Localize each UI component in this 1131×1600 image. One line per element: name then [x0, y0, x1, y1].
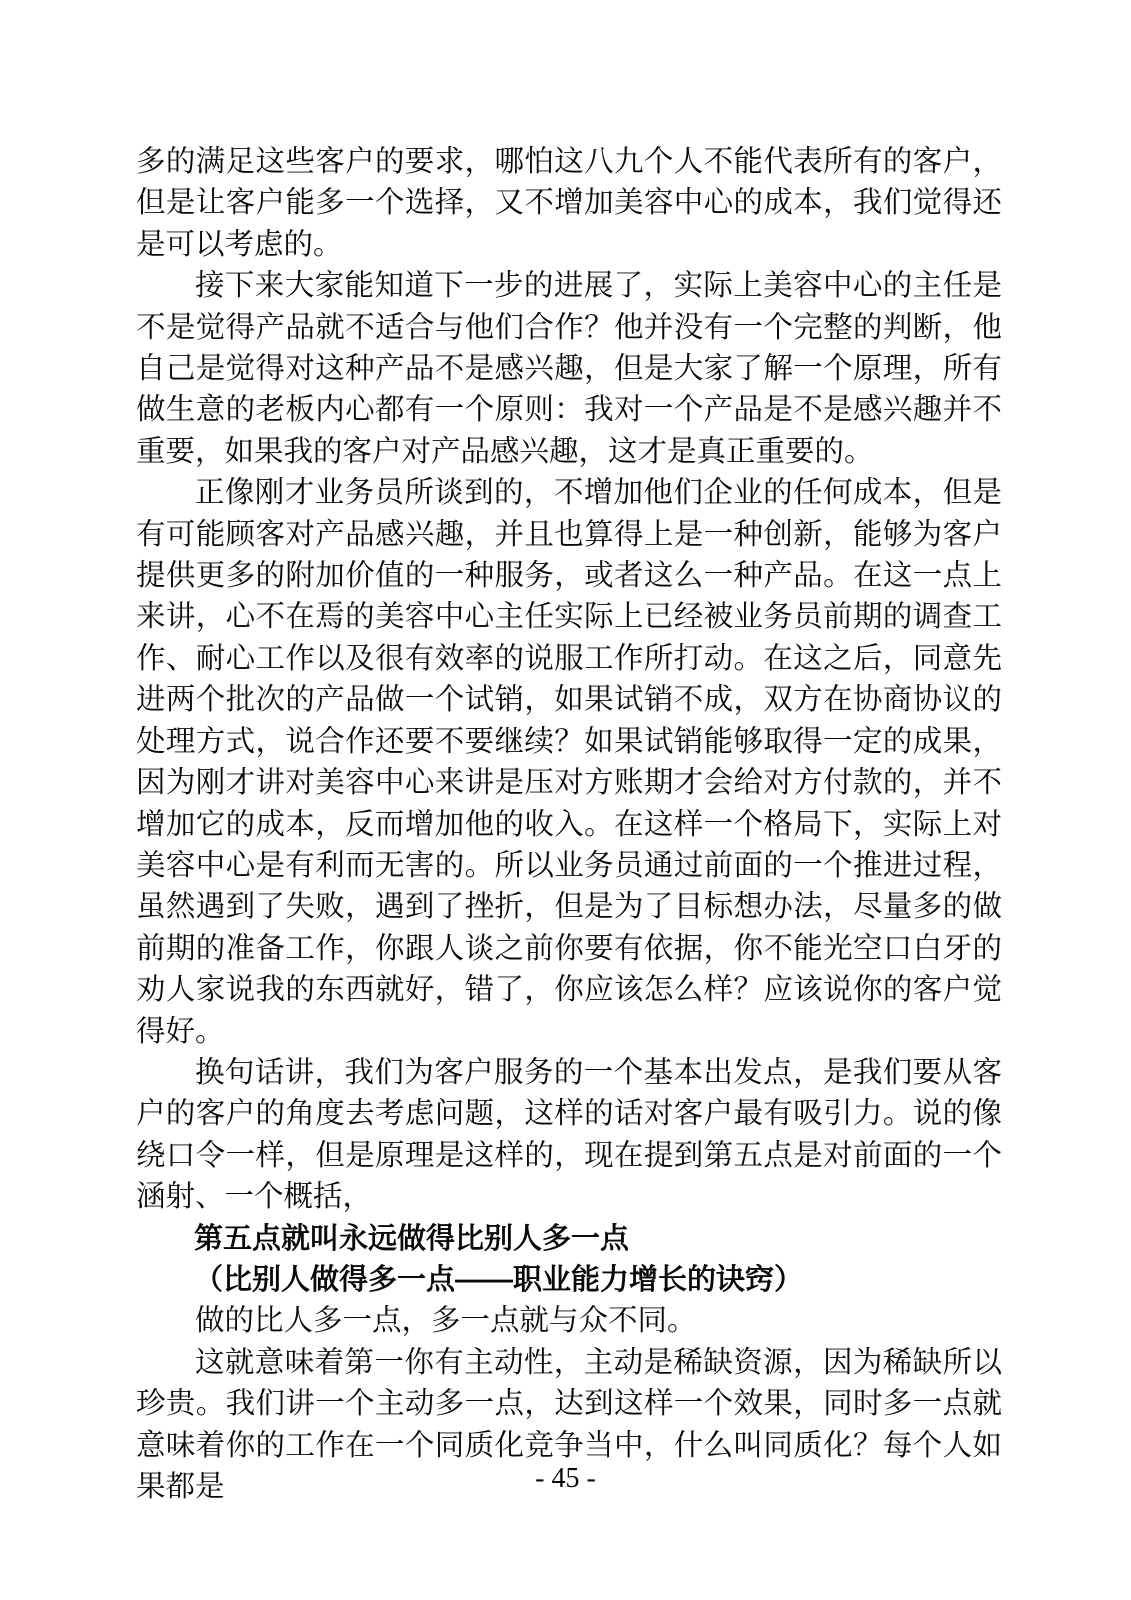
- section-heading: 第五点就叫永远做得比别人多一点: [136, 1219, 1002, 1260]
- paragraph: 多的满足这些客户的要求，哪怕这八九个人不能代表所有的客户，但是让客户能多一个选择…: [136, 142, 1002, 266]
- document-text-block: 多的满足这些客户的要求，哪怕这八九个人不能代表所有的客户，但是让客户能多一个选择…: [136, 142, 1002, 1508]
- paragraph: 换句话讲，我们为客户服务的一个基本出发点，是我们要从客户的客户的角度去考虑问题，…: [136, 1053, 1002, 1219]
- paragraph: 正像刚才业务员所谈到的，不增加他们企业的任何成本，但是有可能顾客对产品感兴趣，并…: [136, 473, 1002, 1053]
- document-page: 多的满足这些客户的要求，哪怕这八九个人不能代表所有的客户，但是让客户能多一个选择…: [0, 0, 1131, 1600]
- paragraph: 接下来大家能知道下一步的进展了，实际上美容中心的主任是不是觉得产品就不适合与他们…: [136, 266, 1002, 473]
- paragraph: 做的比人多一点，多一点就与众不同。: [136, 1301, 1002, 1342]
- section-subheading: （比别人做得多一点——职业能力增长的诀窍）: [136, 1260, 1002, 1301]
- page-number: - 45 -: [0, 1462, 1131, 1496]
